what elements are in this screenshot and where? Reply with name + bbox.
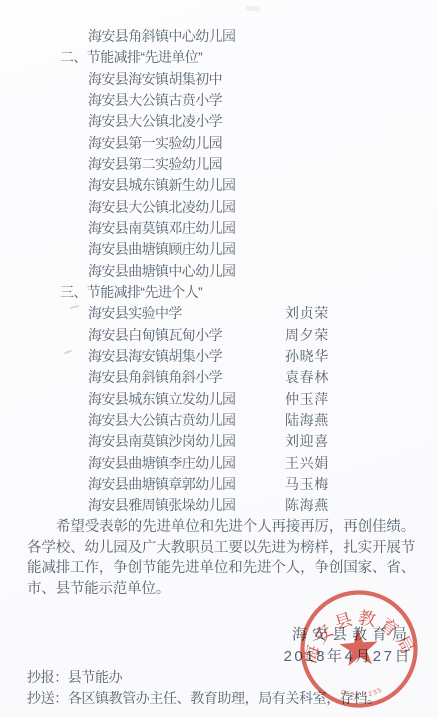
- unit-line: 海安县大公镇北凌幼儿园: [0, 197, 438, 218]
- section-heading-individuals: 三、节能减排“先进个人”: [0, 282, 438, 303]
- section-heading-units: 二、节能减排“先进单位”: [0, 47, 438, 68]
- unit-line: 海安县城东镇新生幼儿园: [0, 175, 438, 196]
- unit-line: 海安县第一实验幼儿园: [0, 133, 438, 154]
- unit-line: 海安县海安镇胡集初中: [0, 69, 438, 90]
- official-seal: 海安县教育局 0522 1235: [292, 582, 426, 716]
- awardee-unit: 海安县实验中学: [88, 303, 285, 324]
- awardee-row: 海安县实验中学 刘贞荣: [0, 303, 438, 324]
- awardee-name: 刘贞荣: [285, 303, 329, 324]
- unit-line: 海安县大公镇北凌小学: [0, 111, 438, 132]
- unit-line: 海安县大公镇古贲小学: [0, 90, 438, 111]
- awardee-name: 王兴娟: [285, 453, 329, 474]
- awardee-name: 陆海燕: [285, 410, 329, 431]
- awardee-row: 海安县大公镇古贲幼儿园 陆海燕: [0, 410, 438, 431]
- seal-star-icon: [339, 628, 379, 667]
- awardee-name: 袁春林: [285, 367, 329, 388]
- awardee-unit: 海安县白甸镇瓦甸小学: [88, 325, 285, 346]
- seal-code: 0522 1235: [340, 686, 385, 701]
- awardee-row: 海安县海安镇胡集小学 孙晓华: [0, 346, 438, 367]
- scanned-document-page: 海安县角斜镇中心幼儿园 二、节能减排“先进单位” 海安县海安镇胡集初中 海安县大…: [0, 0, 438, 717]
- awardee-row: 海安县曲塘镇李庄幼儿园 王兴娟: [0, 453, 438, 474]
- award-lists: 海安县角斜镇中心幼儿园 二、节能减排“先进单位” 海安县海安镇胡集初中 海安县大…: [0, 26, 438, 517]
- awardee-unit: 海安县南莫镇沙岗幼儿园: [88, 431, 285, 452]
- unit-line: 海安县南莫镇邓庄幼儿园: [0, 218, 438, 239]
- awardee-name: 孙晓华: [285, 346, 329, 367]
- unit-line: 海安县曲塘镇顾庄幼儿园: [0, 239, 438, 260]
- unit-line: 海安县曲塘镇中心幼儿园: [0, 261, 438, 282]
- awardee-unit: 海安县海安镇胡集小学: [88, 346, 285, 367]
- awardee-name: 仲玉萍: [285, 389, 329, 410]
- unit-line: 海安县第二实验幼儿园: [0, 154, 438, 175]
- awardee-unit: 海安县大公镇古贲幼儿园: [88, 410, 285, 431]
- awardee-row: 海安县曲塘镇章郭幼儿园 马玉梅: [0, 474, 438, 495]
- awardee-unit: 海安县城东镇立发幼儿园: [88, 389, 285, 410]
- awardee-unit: 海安县曲塘镇章郭幼儿园: [88, 474, 285, 495]
- awardee-unit: 海安县曲塘镇李庄幼儿园: [88, 453, 285, 474]
- awardee-row: 海安县白甸镇瓦甸小学 周夕荣: [0, 325, 438, 346]
- svg-text:0522 1235: 0522 1235: [340, 686, 385, 701]
- awardee-name: 马玉梅: [285, 474, 329, 495]
- awardee-row: 海安县城东镇立发幼儿园 仲玉萍: [0, 389, 438, 410]
- scan-artifact: [246, 5, 261, 12]
- awardee-row: 海安县雅周镇张垛幼儿园 陈海燕: [0, 495, 438, 516]
- unit-line: 海安县角斜镇中心幼儿园: [0, 26, 438, 47]
- awardee-row: 海安县南莫镇沙岗幼儿园 刘迎喜: [0, 431, 438, 452]
- awardee-unit: 海安县雅周镇张垛幼儿园: [88, 495, 285, 516]
- awardee-name: 周夕荣: [285, 325, 329, 346]
- awardee-name: 刘迎喜: [285, 431, 329, 452]
- awardee-name: 陈海燕: [285, 495, 329, 516]
- awardee-unit: 海安县角斜镇角斜小学: [88, 367, 285, 388]
- awardee-row: 海安县角斜镇角斜小学 袁春林: [0, 367, 438, 388]
